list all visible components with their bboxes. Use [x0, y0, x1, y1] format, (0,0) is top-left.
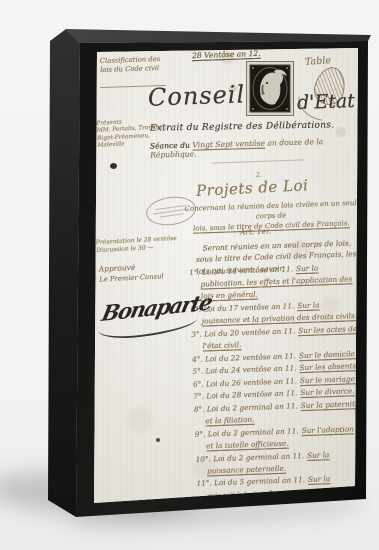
minerva-head-icon	[246, 61, 294, 116]
law-number: 3°.	[191, 329, 202, 338]
law-number: 6°.	[193, 379, 204, 388]
stamp-text-line	[160, 213, 184, 217]
seance-line: Séance du Vingt Sept ventôse an douze de…	[150, 136, 355, 159]
title-detat: d'Etat	[297, 90, 356, 114]
law-subject: Sur le divorce.	[300, 387, 354, 398]
classification-line2: lois du Code civil	[100, 63, 161, 74]
law-number: 10°.	[195, 454, 211, 464]
law-subject: Sur les absents.	[299, 361, 358, 372]
session-date-note: 28 Ventôse an 12.	[192, 49, 261, 60]
law-ref: Loi du 5 germinal an 11.	[214, 475, 305, 487]
table-label: Table	[305, 55, 332, 68]
laws-list: 1°. Loi du 14 ventôse an 11.Sur la publi…	[189, 261, 364, 503]
approval-line2: Le Premier Consul	[99, 271, 164, 284]
margin-presentation-note: Présentation le 28 ventôse Discussion le…	[96, 235, 178, 255]
approval-note: Approuvé Le Premier Consul	[99, 261, 164, 284]
law-ref: Loi du 2 germinal an 11.	[208, 426, 299, 438]
law-ref: Loi du 22 ventôse an 11.	[205, 351, 296, 363]
minerva-vignette-stamp	[246, 61, 294, 116]
law-ref: Loi du 20 ventôse an 11.	[204, 326, 295, 338]
article-label: Art. 1er.	[240, 226, 271, 236]
law-row: 1°. Loi du 14 ventôse an 11.Sur la publi…	[189, 261, 357, 303]
law-number: 8°.	[194, 404, 205, 413]
law-number: 5°.	[192, 367, 203, 376]
law-ref: Loi du 2 germinal an 11.	[207, 401, 298, 413]
law-ref: Loi du 28 ventôse an 11.	[206, 389, 297, 401]
law-ref: Loi du 24 ventôse an 11.	[205, 363, 296, 375]
law-subject: Sur le domicile.	[299, 349, 357, 360]
seance-date: Vingt Sept ventôse	[192, 139, 265, 150]
law-ref: Loi du 17 ventôse an 11.	[203, 301, 294, 313]
law-subject: Sur le mariage.	[300, 374, 358, 385]
law-ref: Loi du 2 germinal an 11.	[213, 451, 304, 463]
framed-manuscript-photo: Classification des lois du Code civil 28…	[0, 0, 379, 550]
register-subtitle: Extrait du Registre des Délibérations.	[150, 120, 335, 133]
seance-underline	[212, 159, 304, 163]
law-number: 4°.	[192, 354, 203, 363]
projets-heading: Projets de Loi	[196, 176, 309, 200]
law-number: 9°.	[195, 429, 206, 438]
ink-blot	[110, 163, 117, 169]
classification-note: Classification des lois du Code civil	[100, 55, 161, 74]
law-number: 11°.	[196, 479, 212, 489]
law-number: 7°.	[193, 392, 204, 401]
ink-dot	[156, 438, 160, 442]
title-conseil: Conseil	[148, 80, 246, 111]
law-number: 1°.	[189, 268, 200, 277]
law-ref: Loi du 26 ventôse an 11.	[206, 376, 297, 388]
law-ref: Loi du 14 ventôse an 11.	[202, 264, 293, 276]
